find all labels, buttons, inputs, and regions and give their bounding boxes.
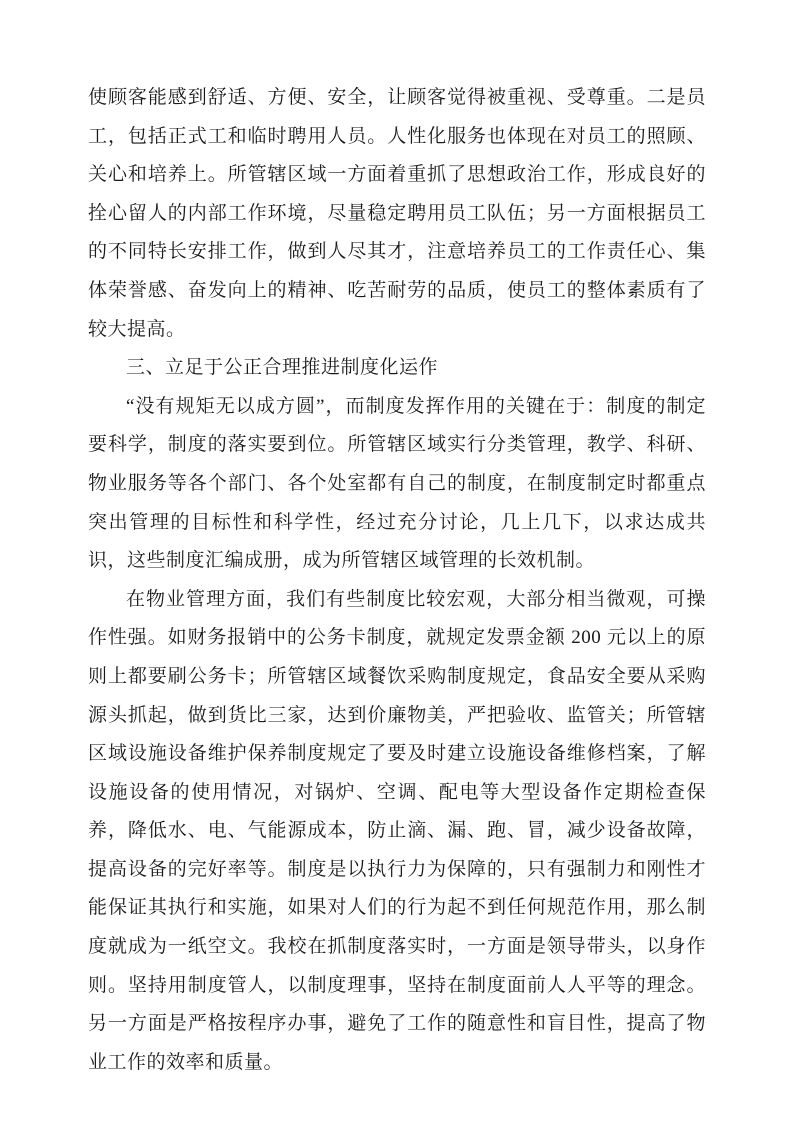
paragraph-institution-intro: “没有规矩无以成方圆”，而制度发挥作用的关键在于：制度的制定要科学，制度的落实要… xyxy=(88,388,706,581)
section-heading: 三、立足于公正合理推进制度化运作 xyxy=(88,349,706,388)
document-page: 使顾客能感到舒适、方便、安全，让顾客觉得被重视、受尊重。二是员工，包括正式工和临… xyxy=(0,0,793,1122)
paragraph-continuation: 使顾客能感到舒适、方便、安全，让顾客觉得被重视、受尊重。二是员工，包括正式工和临… xyxy=(88,79,706,349)
document-text-block: 使顾客能感到舒适、方便、安全，让顾客觉得被重视、受尊重。二是员工，包括正式工和临… xyxy=(88,79,706,1082)
paragraph-property-management: 在物业管理方面，我们有些制度比较宏观，大部分相当微观，可操作性强。如财务报销中的… xyxy=(88,581,706,1083)
